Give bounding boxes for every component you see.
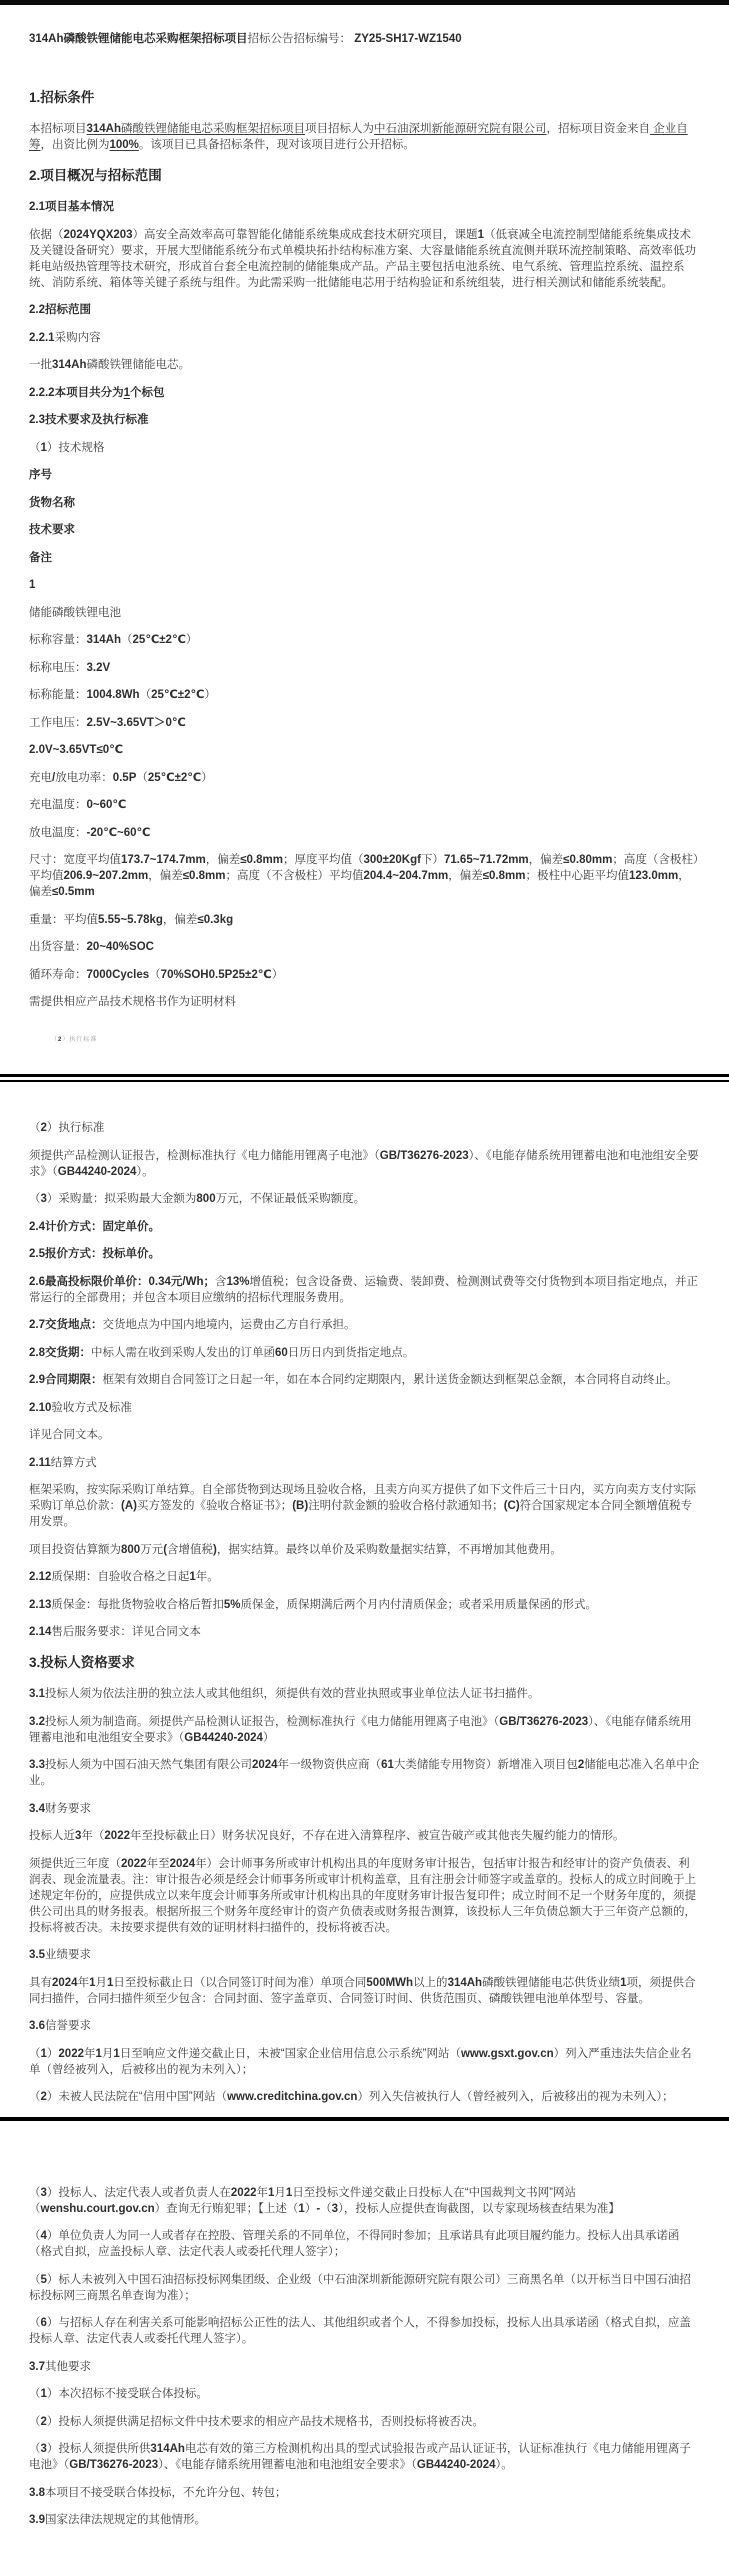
text-run: 3.1投标人须为依法注册的独立法人或其他组织，须提供有效的营业执照或事业单位法人…	[29, 1688, 540, 1700]
text-run: 1	[29, 579, 35, 591]
paragraph: 技术要求	[29, 522, 700, 538]
paragraph: （1）2022年1月1日至响应文件递交截止日，未被“国家企业信用信息公示系统”网…	[29, 2046, 700, 2078]
paragraph: 2.6最高投标限价单价：0.34元/Wh；含13%增值税；包含设备费、运输费、装…	[29, 1274, 700, 1306]
text-run: 314Ah磷酸铁锂储能电芯采购框架招标项目	[87, 123, 306, 135]
text-run: 2.7交货地点：	[29, 1319, 103, 1331]
text-run: 标称能量：1004.8Wh（25℃±2℃）	[29, 689, 216, 701]
paragraph: （2）投标人须提供满足招标文件中技术要求的相应产品技术规格书，否则投标将被否决。	[29, 2414, 700, 2430]
paragraph: 2.8交货期：中标人需在收到采购人发出的订单函60日历日内到货指定地点。	[29, 1345, 700, 1361]
text-run: （5）标人未被列入中国石油招标投标网集团级、企业级（中石油深圳新能源研究院有限公…	[29, 2274, 691, 2302]
paragraph: 2.0V~3.65VT≤0℃	[29, 742, 700, 758]
text-run: （2）投标人须提供满足招标文件中技术要求的相应产品技术规格书，否则投标将被否决。	[29, 2416, 484, 2428]
text-run: 货物名称	[29, 497, 75, 509]
paragraph: 须提供近三年度（2022年至2024年）会计师事务所或审计机构出具的年度财务审计…	[29, 1856, 700, 1936]
paragraph: 2.7交货地点：交货地点为中国内地境内，运费由乙方自行承担。	[29, 1317, 700, 1333]
text-run: （3）投标人须提供所供314Ah电芯有效的第三方检测机构出具的型式试验报告或产品…	[29, 2443, 691, 2471]
paragraph: 框架采购，按实际采购订单结算。自全部货物到达现场且验收合格，且卖方向买方提供了如…	[29, 1482, 700, 1530]
text-run: 重量：平均值5.55~5.78kg，偏差≤0.3kg	[29, 914, 233, 926]
paragraph: （5）标人未被列入中国石油招标投标网集团级、企业级（中石油深圳新能源研究院有限公…	[29, 2272, 700, 2304]
text-run: 项目投资估算额为800万元(含增值税)，据实结算。最终以单价及采购数量据实结算，…	[29, 1544, 562, 1556]
text-run: （6）与招标人存在利害关系可能影响招标公正性的法人、其他组织或者个人，不得参加投…	[29, 2317, 691, 2345]
paragraph: 需提供相应产品技术规格书作为证明材料	[29, 994, 700, 1010]
paragraph: 重量：平均值5.55~5.78kg，偏差≤0.3kg	[29, 912, 700, 928]
text-run: 须提供近三年度（2022年至2024年）会计师事务所或审计机构出具的年度财务审计…	[29, 1858, 696, 1934]
text-run: 3.5业绩要求	[29, 1949, 91, 1961]
text-run: （1）技术规格	[29, 442, 104, 454]
paragraph: （3）投标人须提供所供314Ah电芯有效的第三方检测机构出具的型式试验报告或产品…	[29, 2441, 700, 2473]
text-run: 3.投标人资格要求	[29, 1655, 135, 1670]
paragraph: 3.4财务要求	[29, 1801, 700, 1817]
text-run: 工作电压：2.5V~3.65VT＞0℃	[29, 717, 186, 729]
text-run: 循环寿命：7000Cycles（70%SOH0.5P25±2℃）	[29, 969, 283, 981]
paragraph: 放电温度：-20℃~60℃	[29, 825, 700, 841]
paragraph: （3）投标人、法定代表人或者负责人在2022年1月1日至投标文件递交截止日投标人…	[29, 2185, 700, 2217]
text-run: 技术要求	[29, 524, 75, 536]
paragraph: 本招标项目314Ah磷酸铁锂储能电芯采购框架招标项目项目招标人为中石油深圳新能源…	[29, 121, 700, 153]
paragraph: 3.7其他要求	[29, 2359, 700, 2375]
paragraph: 一批314Ah磷酸铁锂储能电芯。	[29, 357, 700, 373]
text-run: 3.4财务要求	[29, 1803, 91, 1815]
text-run: 一批314Ah磷酸铁锂储能电芯。	[29, 359, 190, 371]
document-title: 314Ah磷酸铁锂储能电芯采购框架招标项目招标公告招标编号： ZY25-SH17…	[29, 31, 700, 47]
text-run: 3.2投标人须为制造商。须提供产品检测认证报告，检测标准执行《电力储能用锂离子电…	[29, 1716, 692, 1744]
paragraph: 货物名称	[29, 495, 700, 511]
text-run: 3.3投标人须为中国石油天然气集团有限公司2024年一级物资供应商（61大类储能…	[29, 1759, 699, 1787]
text-run: 2.6最高投标限价单价：0.34元/Wh；	[29, 1276, 215, 1288]
text-run: （2）未被人民法院在“信用中国”网站（www.creditchina.gov.c…	[29, 2091, 674, 2103]
paragraph: 1	[29, 577, 700, 593]
paragraph: （4）单位负责人为同一人或者存在控股、管理关系的不同单位，不得同时参加；且承诺具…	[29, 2228, 700, 2260]
subsection-heading: 2.2招标范围	[29, 302, 700, 318]
paragraph: 3.3投标人须为中国石油天然气集团有限公司2024年一级物资供应商（61大类储能…	[29, 1757, 700, 1789]
text-run: （3）投标人、法定代表人或者负责人在2022年1月1日至投标文件递交截止日投标人…	[29, 2187, 620, 2215]
paragraph: （2）未被人民法院在“信用中国”网站（www.creditchina.gov.c…	[29, 2089, 700, 2105]
section-heading: 2.项目概况与招标范围	[29, 167, 700, 185]
text-run: 依据（2024YQX203）高安全高效率高可靠智能化储能系统集成成套技术研究项目…	[29, 229, 696, 289]
paragraph: 投标人近3年（2022年至投标截止日）财务状况良好，不存在进入清算程序、被宣告破…	[29, 1828, 700, 1844]
paragraph: 2.10验收方式及标准	[29, 1400, 700, 1416]
text-run: 2.0V~3.65VT≤0℃	[29, 744, 123, 756]
paragraph: 2.13质保金：每批货物验收合格后暂扣5%质保金，质保期满后两个月内付清质保金；…	[29, 1597, 700, 1613]
paragraph: 序号	[29, 467, 700, 483]
text-run: 2.10验收方式及标准	[29, 1402, 132, 1414]
paragraph: 工作电压：2.5V~3.65VT＞0℃	[29, 715, 700, 731]
paragraph: 2.14售后服务要求：详见合同文本	[29, 1624, 700, 1640]
text-run: 2.3技术要求及执行标准	[29, 414, 149, 426]
text-run: 1.招标条件	[29, 90, 94, 105]
text-run: 2.1项目基本情况	[29, 201, 114, 213]
paragraph: 2.11结算方式	[29, 1455, 700, 1471]
text-run: （2）执行标准	[29, 1122, 104, 1134]
text-run: 尺寸：宽度平均值173.7~174.7mm，偏差≤0.8mm；厚度平均值（300…	[29, 854, 699, 898]
text-run: （1）本次招标不接受联合体投标。	[29, 2388, 208, 2400]
paragraph: 充电/放电功率：0.5P（25℃±2℃）	[29, 770, 700, 786]
text-run: 充电温度：0~60℃	[29, 799, 126, 811]
paragraph: 2.12质保期：自验收合格之日起1年。	[29, 1569, 700, 1585]
paragraph: 充电温度：0~60℃	[29, 797, 700, 813]
text-run: （1）2022年1月1日至响应文件递交截止日，未被“国家企业信用信息公示系统”网…	[29, 2048, 692, 2076]
text-run: 序号	[29, 469, 52, 481]
paragraph: 尺寸：宽度平均值173.7~174.7mm，偏差≤0.8mm；厚度平均值（300…	[29, 852, 700, 900]
cutoff-text-fragment: （2）执行标准	[51, 1036, 700, 1044]
text-run: ZY25-SH17-WZ1540	[354, 33, 461, 45]
paragraph: 储能磷酸铁锂电池	[29, 605, 700, 621]
text-run: 100%	[110, 139, 139, 151]
text-run: 。该项目已具备招标条件，现对该项目进行公开招标。	[139, 139, 415, 151]
text-run: 2.2.1采购内容	[29, 332, 101, 344]
paragraph: 3.5业绩要求	[29, 1947, 700, 1963]
text-run: 须提供产品检测认证报告，检测标准执行《电力储能用锂离子电池》（GB/T36276…	[29, 1150, 699, 1178]
subsection-heading: 2.3技术要求及执行标准	[29, 412, 700, 428]
text-run: ，招标项目资金来自	[547, 123, 651, 135]
text-run: 2.项目概况与招标范围	[29, 168, 162, 183]
text-run: 3.9国家法律法规规定的其他情形。	[29, 2514, 206, 2526]
page-break-double-rule	[0, 1074, 729, 1082]
text-run: 2.2.2本项目共分为	[29, 387, 124, 399]
text-run: 项目招标人为	[305, 123, 374, 135]
text-run: 2.4计价方式：固定单价。	[29, 1221, 160, 1233]
paragraph: 3.1投标人须为依法注册的独立法人或其他组织，须提供有效的营业执照或事业单位法人…	[29, 1686, 700, 1702]
paragraph: （1）本次招标不接受联合体投标。	[29, 2386, 700, 2402]
text-run: 框架采购，按实际采购订单结算。自全部货物到达现场且验收合格，且卖方向买方提供了如…	[29, 1484, 696, 1528]
text-run: 314Ah磷酸铁锂储能电芯采购框架招标项目	[29, 33, 248, 45]
text-run: 出货容量：20~40%SOC	[29, 941, 154, 953]
text-run: 投标人近3年（2022年至投标截止日）财务状况良好，不存在进入清算程序、被宣告破…	[29, 1830, 625, 1842]
text-run: 2.12质保期：自验收合格之日起1年。	[29, 1571, 219, 1583]
section-heading: 3.投标人资格要求	[29, 1654, 700, 1672]
paragraph: 3.9国家法律法规规定的其他情形。	[29, 2512, 700, 2528]
text-run: 具有2024年1月1日至投标截止日（以合同签订时间为准）单项合同500MWh以上…	[29, 1977, 696, 2005]
text-run: 3.8本项目不接受联合体投标，不允许分包、转包；	[29, 2487, 287, 2499]
paragraph: 具有2024年1月1日至投标截止日（以合同签订时间为准）单项合同500MWh以上…	[29, 1975, 700, 2007]
document-page: 314Ah磷酸铁锂储能电芯采购框架招标项目招标公告招标编号： ZY25-SH17…	[0, 0, 729, 2528]
text-run: 充电/放电功率：0.5P（25℃±2℃）	[29, 772, 213, 784]
text-run: 2.13质保金：每批货物验收合格后暂扣5%质保金，质保期满后两个月内付清质保金；…	[29, 1599, 597, 1611]
paragraph: 2.9合同期限：框架有效期自合同签订之日起一年，如在本合同约定期限内，累计送货金…	[29, 1372, 700, 1388]
page-break-single-rule	[0, 2117, 729, 2121]
subsection-heading: 2.1项目基本情况	[29, 199, 700, 215]
text-run: 中标人需在收到采购人发出的订单函60日历日内到货指定地点。	[91, 1347, 414, 1359]
section-heading: 1.招标条件	[29, 89, 700, 107]
paragraph: 2.5报价方式：投标单价。	[29, 1246, 700, 1262]
paragraph: 标称电压：3.2V	[29, 660, 700, 676]
paragraph: 标称能量：1004.8Wh（25℃±2℃）	[29, 687, 700, 703]
text-run: 备注	[29, 552, 52, 564]
paragraph: （1）技术规格	[29, 440, 700, 456]
text-run: 2.8交货期：	[29, 1347, 91, 1359]
paragraph: （3）采购量：拟采购最大金额为800万元，不保证最低采购额度。	[29, 1191, 700, 1207]
paragraph: 项目投资估算额为800万元(含增值税)，据实结算。最终以单价及采购数量据实结算，…	[29, 1542, 700, 1558]
text-run: 个标包	[130, 387, 165, 399]
paragraph: 3.6信誉要求	[29, 2018, 700, 2034]
paragraph: 循环寿命：7000Cycles（70%SOH0.5P25±2℃）	[29, 967, 700, 983]
text-run: 标称容量：314Ah（25℃±2℃）	[29, 634, 197, 646]
text-run: 2.2招标范围	[29, 304, 91, 316]
text-run: 框架有效期自合同签订之日起一年，如在本合同约定期限内，累计送货金额达到框架总金额…	[103, 1374, 678, 1386]
text-run: 储能磷酸铁锂电池	[29, 607, 121, 619]
paragraph: （2）执行标准	[29, 1120, 700, 1136]
paragraph: 3.8本项目不接受联合体投标，不允许分包、转包；	[29, 2485, 700, 2501]
text-run: 中石油深圳新能源研究院有限公司	[374, 123, 547, 135]
paragraph: 标称容量：314Ah（25℃±2℃）	[29, 632, 700, 648]
text-run: 招标公告招标编号：	[248, 33, 355, 45]
text-run: 放电温度：-20℃~60℃	[29, 827, 150, 839]
paragraph: 详见合同文本。	[29, 1427, 700, 1443]
text-run: 标称电压：3.2V	[29, 662, 110, 674]
paragraph: 出货容量：20~40%SOC	[29, 939, 700, 955]
paragraph: 2.4计价方式：固定单价。	[29, 1219, 700, 1235]
paragraph: 依据（2024YQX203）高安全高效率高可靠智能化储能系统集成成套技术研究项目…	[29, 227, 700, 291]
paragraph: 备注	[29, 550, 700, 566]
text-run: 3.7其他要求	[29, 2361, 91, 2373]
text-run: 本招标项目	[29, 123, 87, 135]
text-run: 2.9合同期限：	[29, 1374, 103, 1386]
document-body: 314Ah磷酸铁锂储能电芯采购框架招标项目招标公告招标编号： ZY25-SH17…	[0, 5, 729, 2528]
text-run: 交货地点为中国内地境内，运费由乙方自行承担。	[103, 1319, 356, 1331]
text-run: 2.14售后服务要求：详见合同文本	[29, 1626, 201, 1638]
text-run: （2）执行标准	[51, 1037, 97, 1043]
text-run: （4）单位负责人为同一人或者存在控股、管理关系的不同单位，不得同时参加；且承诺具…	[29, 2230, 679, 2258]
text-run: 2.11结算方式	[29, 1457, 97, 1469]
text-run: ，出资比例为	[41, 139, 110, 151]
paragraph: 须提供产品检测认证报告，检测标准执行《电力储能用锂离子电池》（GB/T36276…	[29, 1148, 700, 1180]
text-run: （3）采购量：拟采购最大金额为800万元，不保证最低采购额度。	[29, 1193, 365, 1205]
paragraph: （6）与招标人存在利害关系可能影响招标公正性的法人、其他组织或者个人，不得参加投…	[29, 2315, 700, 2347]
paragraph: 3.2投标人须为制造商。须提供产品检测认证报告，检测标准执行《电力储能用锂离子电…	[29, 1714, 700, 1746]
text-run: 详见合同文本。	[29, 1429, 110, 1441]
text-run: 3.6信誉要求	[29, 2020, 91, 2032]
text-run: 2.5报价方式：投标单价。	[29, 1248, 160, 1260]
paragraph: 2.2.1采购内容	[29, 330, 700, 346]
text-run: 需提供相应产品技术规格书作为证明材料	[29, 996, 236, 1008]
subsection-heading: 2.2.2本项目共分为1个标包	[29, 385, 700, 401]
